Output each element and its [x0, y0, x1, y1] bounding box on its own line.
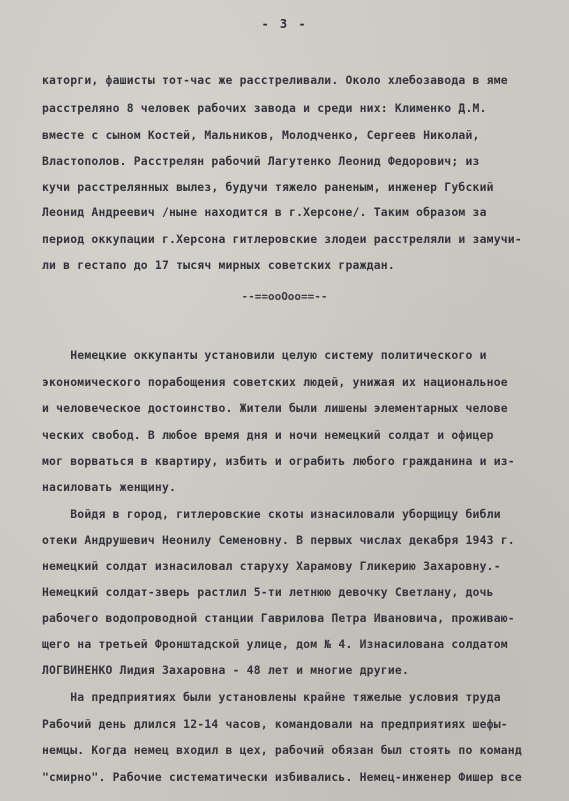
- text-line: Леонид Андреевич /ныне находится в г.Хер…: [42, 205, 487, 219]
- text-line: мог ворваться в квартиру, избить и ограб…: [42, 454, 515, 468]
- text-line: ческих свобод. В любое время дня и ночи …: [42, 428, 494, 442]
- text-line: ЛОГВИНЕНКО Лидия Захаровна - 48 лет и мн…: [42, 663, 409, 677]
- text-line: Немецкий солдат-зверь растлил 5-ти летню…: [42, 585, 494, 599]
- text-line: ли в гестапо до 17 тысяч мирных советски…: [42, 258, 395, 272]
- text-line: насиловать женщину.: [42, 480, 176, 494]
- section-separator: --==ooOoo==--: [0, 290, 569, 303]
- text-line: Войдя в город, гитлеровские скоты изнаси…: [42, 507, 501, 521]
- text-line: Рабочий день длился 12-14 часов, командо…: [42, 717, 508, 731]
- text-line: и человеческое достоинство. Жители были …: [42, 401, 508, 415]
- text-line: "смирно". Рабочие систематически избивал…: [42, 770, 522, 784]
- text-line: немцы. Когда немец входил в цех, рабочий…: [42, 743, 522, 757]
- text-line: экономического порабощения советских люд…: [42, 375, 508, 389]
- text-line: рабочего водопроводной станции Гаврилова…: [42, 611, 515, 625]
- text-line: период оккупации г.Херсона гитлеровские …: [42, 232, 522, 246]
- text-line: На предприятиях были установлены крайне …: [42, 690, 501, 704]
- text-line: отеки Андрушевич Неонилу Семеновну. В пе…: [42, 533, 515, 547]
- text-line: немецкий солдат изнасиловал старуху Хара…: [42, 559, 501, 573]
- text-line: вместе с сыном Костей, Мальников, Молодч…: [42, 128, 480, 142]
- text-line: Властополов. Расстрелян рабочий Лагутенк…: [42, 154, 480, 168]
- text-line: каторги, фашисты тот-час же расстреливал…: [42, 73, 508, 87]
- text-line: Немецкие оккупанты установили целую сист…: [42, 348, 487, 362]
- document-page: - 3 - каторги, фашисты тот-час же расстр…: [0, 0, 569, 801]
- text-line: расстреляно 8 человек рабочих завода и с…: [42, 101, 487, 115]
- text-line: кучи расстрелянных вылез, будучи тяжело …: [42, 180, 494, 194]
- text-line: щего на третьей Фронштадской улице, дом …: [42, 637, 508, 651]
- page-number: - 3 -: [0, 17, 569, 31]
